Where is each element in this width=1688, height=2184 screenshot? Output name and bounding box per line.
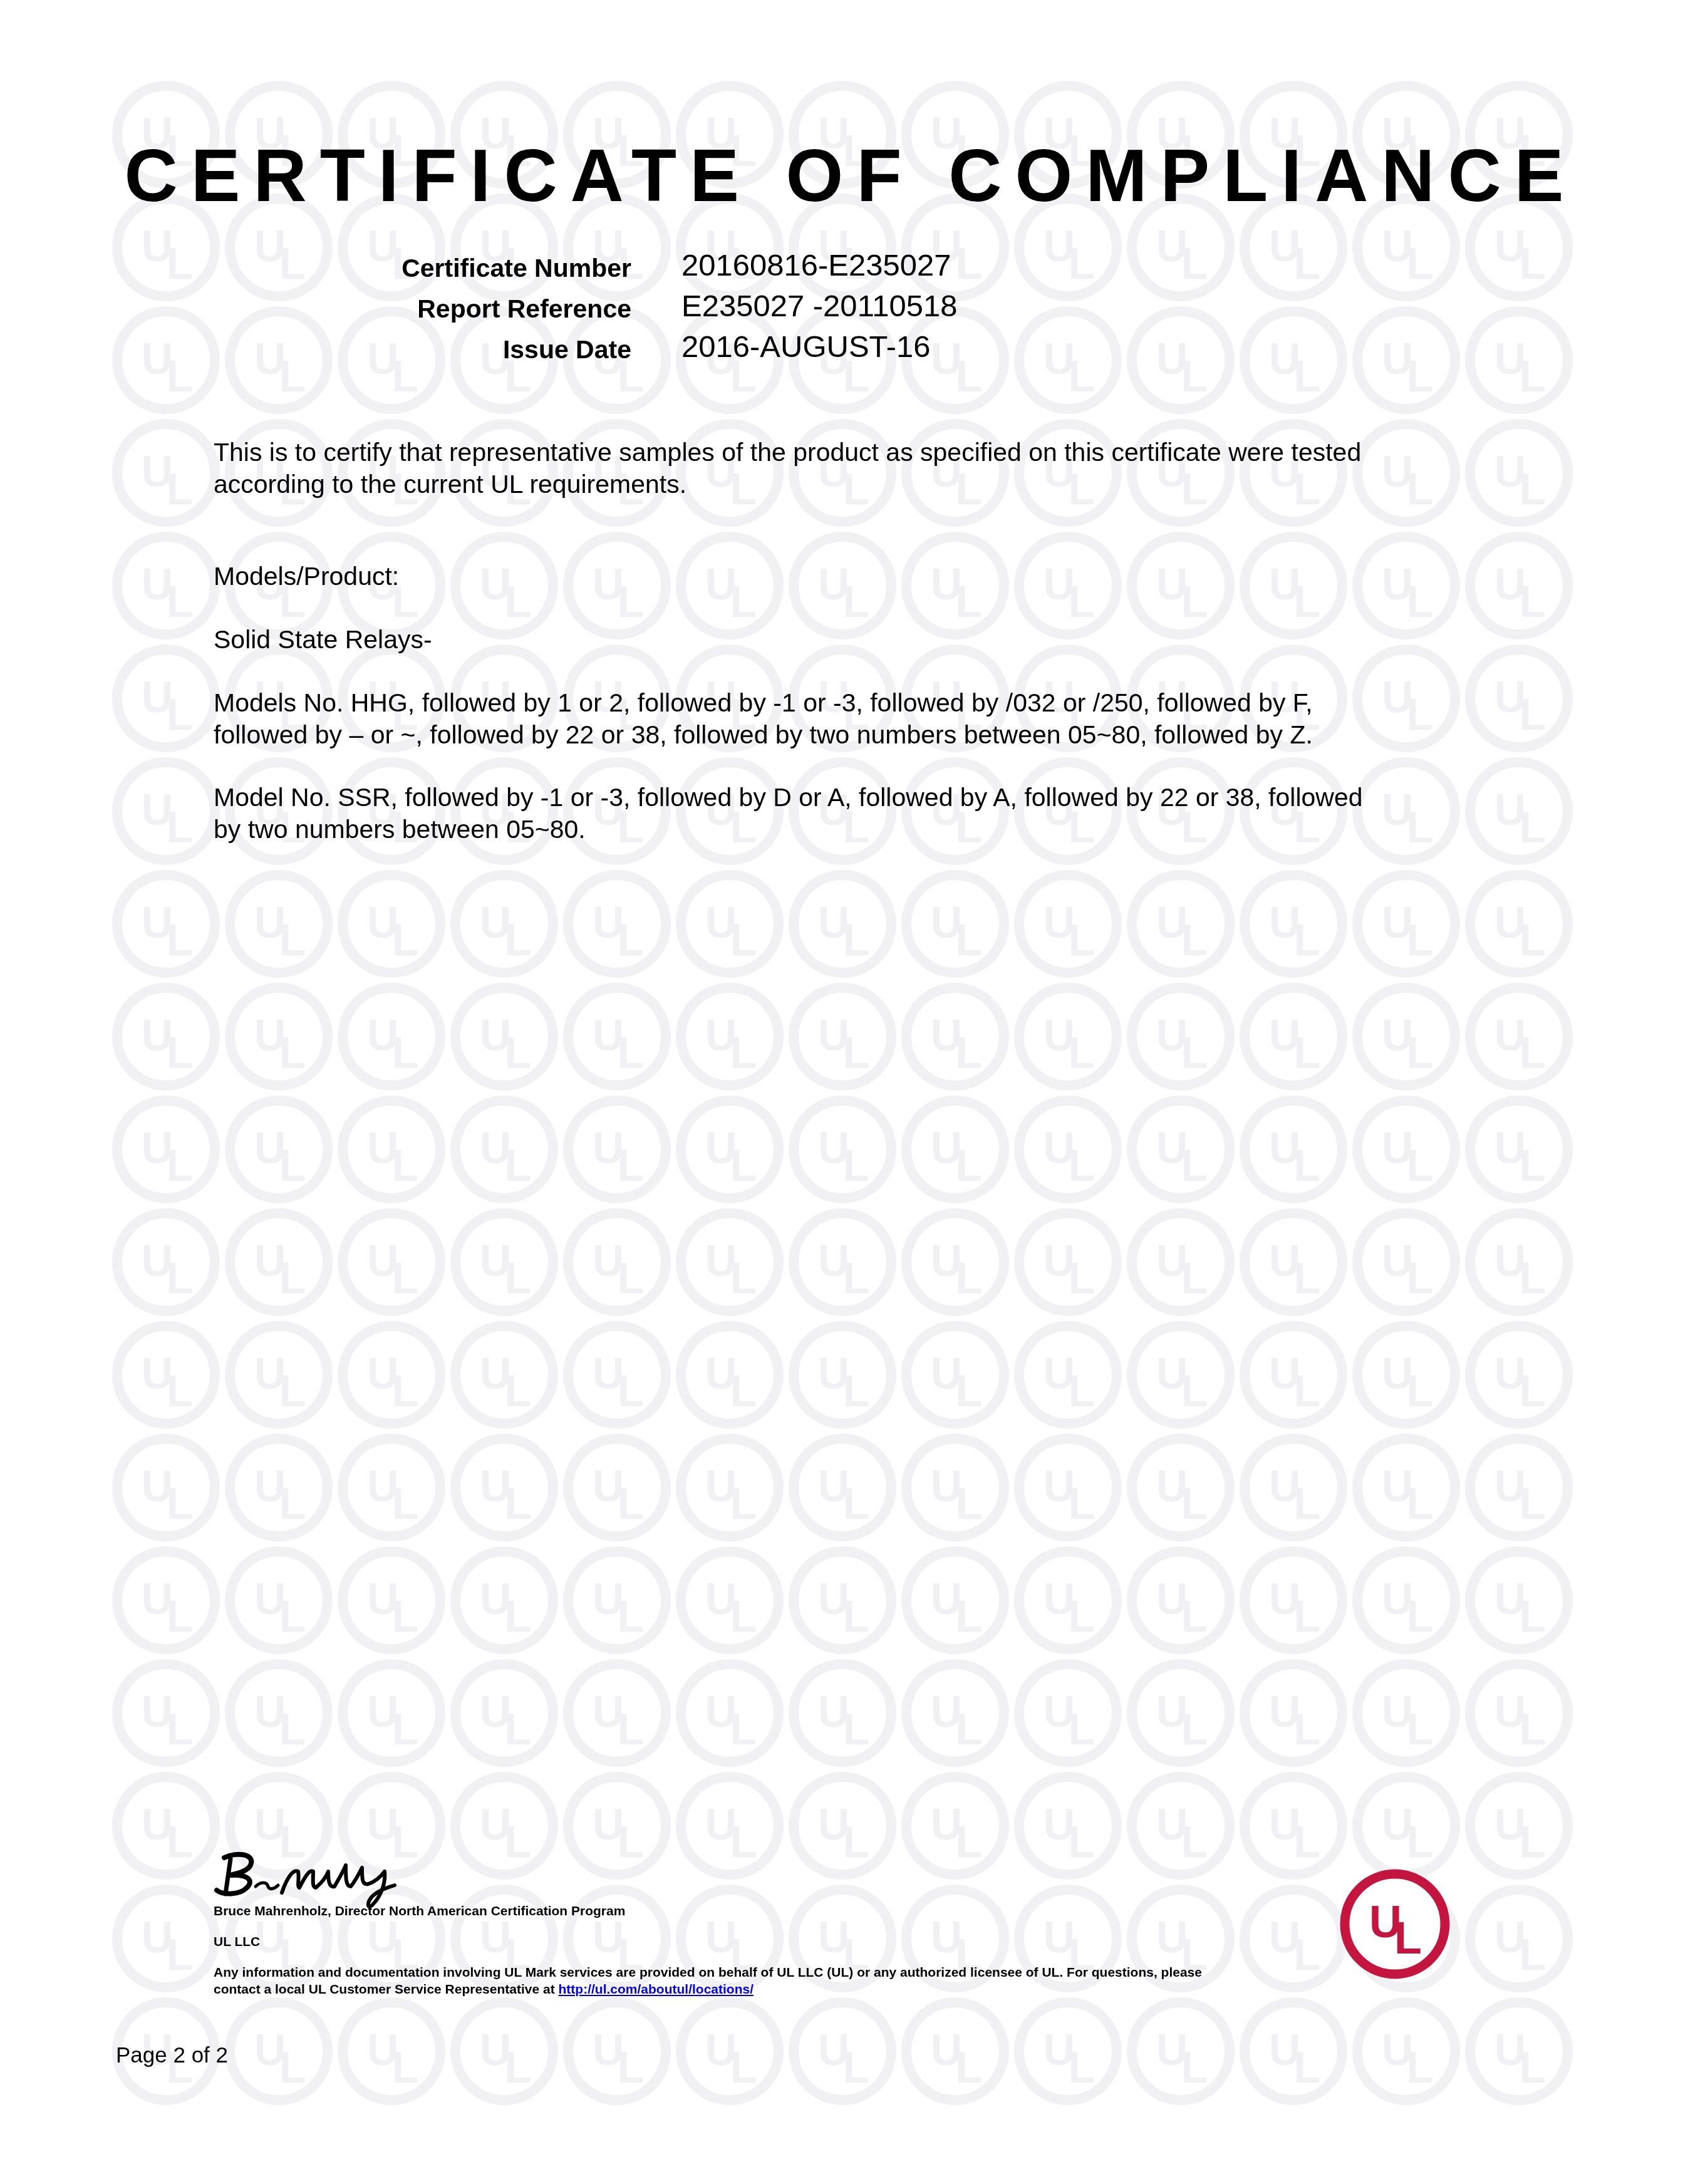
svg-text:L: L: [505, 2043, 532, 2092]
svg-text:L: L: [730, 1367, 757, 1415]
svg-text:L: L: [1181, 1479, 1208, 1528]
svg-text:L: L: [730, 1818, 757, 1866]
svg-text:L: L: [392, 2043, 419, 2092]
svg-text:L: L: [1407, 1367, 1434, 1415]
svg-text:L: L: [505, 916, 532, 965]
svg-text:L: L: [1407, 1592, 1434, 1641]
disclaimer-line-2-text: contact a local UL Customer Service Repr…: [214, 1982, 559, 1997]
svg-text:L: L: [167, 1592, 194, 1641]
svg-text:L: L: [279, 2043, 306, 2092]
svg-text:L: L: [279, 1141, 306, 1190]
page-title: CERTIFICATE OF COMPLIANCE: [0, 139, 1688, 213]
svg-text:L: L: [1069, 1028, 1095, 1077]
issue-date-value: 2016-AUGUST-16: [681, 328, 931, 366]
hhg-models-description: Models No. HHG, followed by 1 or 2, foll…: [214, 687, 1479, 751]
svg-text:L: L: [505, 1592, 532, 1641]
logo-letter-l: L: [1394, 1913, 1422, 1964]
svg-text:L: L: [956, 1705, 983, 1754]
svg-text:L: L: [843, 1479, 870, 1528]
disclaimer: Any information and documentation involv…: [214, 1964, 1202, 1998]
svg-text:L: L: [1069, 1254, 1095, 1303]
disclaimer-line-1: Any information and documentation involv…: [214, 1964, 1202, 1981]
svg-text:L: L: [505, 1028, 532, 1077]
svg-text:L: L: [167, 1930, 194, 1979]
svg-text:L: L: [618, 1479, 645, 1528]
svg-text:L: L: [505, 1141, 532, 1190]
svg-text:L: L: [1520, 1705, 1546, 1754]
svg-text:L: L: [279, 1254, 306, 1303]
svg-text:L: L: [730, 1028, 757, 1077]
svg-text:L: L: [1520, 577, 1546, 626]
svg-text:L: L: [1069, 2043, 1095, 2092]
svg-text:L: L: [1294, 1592, 1321, 1641]
svg-text:L: L: [1181, 916, 1208, 965]
report-reference-row: Report Reference E235027 -20110518: [0, 290, 1688, 328]
svg-text:L: L: [956, 916, 983, 965]
svg-text:L: L: [1520, 1141, 1546, 1190]
svg-text:L: L: [1407, 1141, 1434, 1190]
issue-date-row: Issue Date 2016-AUGUST-16: [0, 331, 1688, 368]
svg-text:L: L: [167, 803, 194, 852]
svg-text:L: L: [843, 1141, 870, 1190]
svg-text:L: L: [730, 2043, 757, 2092]
svg-text:L: L: [1520, 1479, 1546, 1528]
svg-text:L: L: [1407, 1479, 1434, 1528]
svg-text:L: L: [1520, 1930, 1546, 1979]
ssr-models-description: Model No. SSR, followed by -1 or -3, fol…: [214, 782, 1479, 846]
svg-text:L: L: [956, 1254, 983, 1303]
svg-text:L: L: [167, 1479, 194, 1528]
svg-text:L: L: [1520, 1254, 1546, 1303]
svg-text:L: L: [730, 1705, 757, 1754]
svg-text:L: L: [1069, 1592, 1095, 1641]
svg-text:L: L: [167, 465, 194, 514]
svg-text:L: L: [956, 1028, 983, 1077]
report-reference-value: E235027 -20110518: [681, 287, 958, 325]
svg-text:L: L: [1520, 1028, 1546, 1077]
svg-text:L: L: [167, 1141, 194, 1190]
svg-text:L: L: [1294, 916, 1321, 965]
svg-text:L: L: [618, 1254, 645, 1303]
svg-text:L: L: [618, 2043, 645, 2092]
disclaimer-line-2: contact a local UL Customer Service Repr…: [214, 1981, 1202, 1998]
ul-locations-link[interactable]: http://ul.com/aboutul/locations/: [559, 1982, 753, 1997]
svg-text:L: L: [167, 577, 194, 626]
svg-text:L: L: [279, 1705, 306, 1754]
svg-text:L: L: [1181, 2043, 1208, 2092]
svg-text:L: L: [1181, 1592, 1208, 1641]
certification-statement-line-1: This is to certify that representative s…: [214, 437, 1479, 468]
svg-text:L: L: [505, 1818, 532, 1866]
svg-text:L: L: [843, 1028, 870, 1077]
svg-text:L: L: [956, 1818, 983, 1866]
certificate-number-label: Certificate Number: [401, 249, 631, 287]
report-reference-label: Report Reference: [417, 290, 631, 328]
svg-text:L: L: [843, 916, 870, 965]
product-name: Solid State Relays-: [214, 624, 1479, 656]
signature-image: [212, 1846, 425, 1909]
svg-text:L: L: [1181, 1367, 1208, 1415]
svg-text:L: L: [1181, 1028, 1208, 1077]
svg-text:L: L: [618, 1818, 645, 1866]
svg-text:L: L: [1294, 1028, 1321, 1077]
svg-text:L: L: [618, 1705, 645, 1754]
svg-text:L: L: [279, 1479, 306, 1528]
svg-text:L: L: [1069, 1479, 1095, 1528]
svg-text:L: L: [730, 1254, 757, 1303]
organization-name: UL LLC: [214, 1934, 260, 1950]
svg-text:L: L: [1069, 916, 1095, 965]
svg-text:L: L: [1520, 690, 1546, 739]
svg-text:L: L: [1520, 1818, 1546, 1866]
certificate-number-value: 20160816-E235027: [681, 247, 951, 284]
svg-text:L: L: [1520, 2043, 1546, 2092]
svg-text:L: L: [505, 1367, 532, 1415]
svg-text:L: L: [843, 1592, 870, 1641]
svg-text:L: L: [1407, 1818, 1434, 1866]
svg-text:L: L: [956, 1592, 983, 1641]
svg-text:L: L: [279, 1028, 306, 1077]
svg-text:L: L: [1407, 1028, 1434, 1077]
svg-text:L: L: [1407, 2043, 1434, 2092]
svg-text:L: L: [1520, 465, 1546, 514]
svg-text:L: L: [730, 1592, 757, 1641]
svg-text:L: L: [618, 1367, 645, 1415]
svg-text:L: L: [1520, 916, 1546, 965]
svg-text:L: L: [1069, 1141, 1095, 1190]
svg-text:L: L: [392, 1254, 419, 1303]
svg-text:L: L: [843, 1818, 870, 1866]
svg-text:L: L: [956, 2043, 983, 2092]
svg-text:L: L: [843, 1367, 870, 1415]
svg-text:L: L: [505, 1479, 532, 1528]
ssr-models-line-1: Model No. SSR, followed by -1 or -3, fol…: [214, 782, 1479, 814]
svg-text:L: L: [730, 1141, 757, 1190]
svg-text:L: L: [1407, 1254, 1434, 1303]
svg-text:L: L: [505, 1705, 532, 1754]
svg-text:L: L: [1520, 1592, 1546, 1641]
svg-text:L: L: [167, 1705, 194, 1754]
page-number: Page 2 of 2: [116, 2043, 228, 2068]
svg-text:L: L: [618, 1592, 645, 1641]
svg-text:L: L: [392, 1028, 419, 1077]
svg-text:L: L: [167, 1367, 194, 1415]
svg-text:L: L: [730, 916, 757, 965]
svg-text:L: L: [1069, 1705, 1095, 1754]
hhg-models-line-1: Models No. HHG, followed by 1 or 2, foll…: [214, 687, 1479, 719]
svg-text:L: L: [167, 1818, 194, 1866]
svg-text:L: L: [1181, 1141, 1208, 1190]
svg-text:L: L: [956, 1141, 983, 1190]
svg-text:L: L: [392, 916, 419, 965]
svg-text:L: L: [167, 1028, 194, 1077]
issue-date-label: Issue Date: [503, 331, 631, 368]
svg-text:L: L: [392, 1141, 419, 1190]
svg-text:L: L: [1069, 1367, 1095, 1415]
svg-text:L: L: [730, 1479, 757, 1528]
svg-text:L: L: [1294, 1367, 1321, 1415]
svg-text:L: L: [843, 1254, 870, 1303]
svg-text:L: L: [279, 1367, 306, 1415]
svg-text:L: L: [392, 1367, 419, 1415]
svg-text:L: L: [843, 2043, 870, 2092]
svg-text:L: L: [1294, 2043, 1321, 2092]
svg-text:L: L: [1294, 1479, 1321, 1528]
svg-text:L: L: [618, 1141, 645, 1190]
ssr-models-line-2: by two numbers between 05~80.: [214, 814, 1479, 846]
svg-text:L: L: [618, 916, 645, 965]
svg-text:L: L: [1294, 1141, 1321, 1190]
signatory-name: Bruce Mahrenholz, Director North America…: [214, 1903, 625, 1920]
certification-statement: This is to certify that representative s…: [214, 437, 1479, 500]
svg-text:L: L: [1294, 1818, 1321, 1866]
svg-text:L: L: [392, 1705, 419, 1754]
svg-text:L: L: [392, 1592, 419, 1641]
svg-text:L: L: [1294, 1705, 1321, 1754]
svg-text:L: L: [279, 916, 306, 965]
svg-text:L: L: [956, 1479, 983, 1528]
svg-text:L: L: [1181, 1254, 1208, 1303]
svg-text:L: L: [167, 916, 194, 965]
hhg-models-line-2: followed by – or ~, followed by 22 or 38…: [214, 719, 1479, 751]
svg-text:L: L: [505, 1254, 532, 1303]
svg-text:L: L: [1181, 1818, 1208, 1866]
svg-text:L: L: [1407, 916, 1434, 965]
certificate-number-row: Certificate Number 20160816-E235027: [0, 249, 1688, 287]
svg-text:L: L: [167, 690, 194, 739]
svg-text:L: L: [1520, 1367, 1546, 1415]
svg-text:L: L: [618, 1028, 645, 1077]
certification-statement-line-2: according to the current UL requirements…: [214, 468, 1479, 500]
svg-text:L: L: [1407, 1705, 1434, 1754]
svg-text:L: L: [1294, 1254, 1321, 1303]
svg-text:L: L: [1520, 803, 1546, 852]
svg-text:L: L: [843, 1705, 870, 1754]
svg-text:L: L: [392, 1479, 419, 1528]
svg-text:L: L: [1069, 1818, 1095, 1866]
svg-text:L: L: [167, 1254, 194, 1303]
svg-text:L: L: [956, 1367, 983, 1415]
svg-text:L: L: [1181, 1705, 1208, 1754]
svg-text:L: L: [279, 1592, 306, 1641]
models-heading: Models/Product:: [214, 561, 1479, 593]
svg-text:L: L: [1294, 1930, 1321, 1979]
ul-logo-icon: U L: [1338, 1867, 1452, 1981]
